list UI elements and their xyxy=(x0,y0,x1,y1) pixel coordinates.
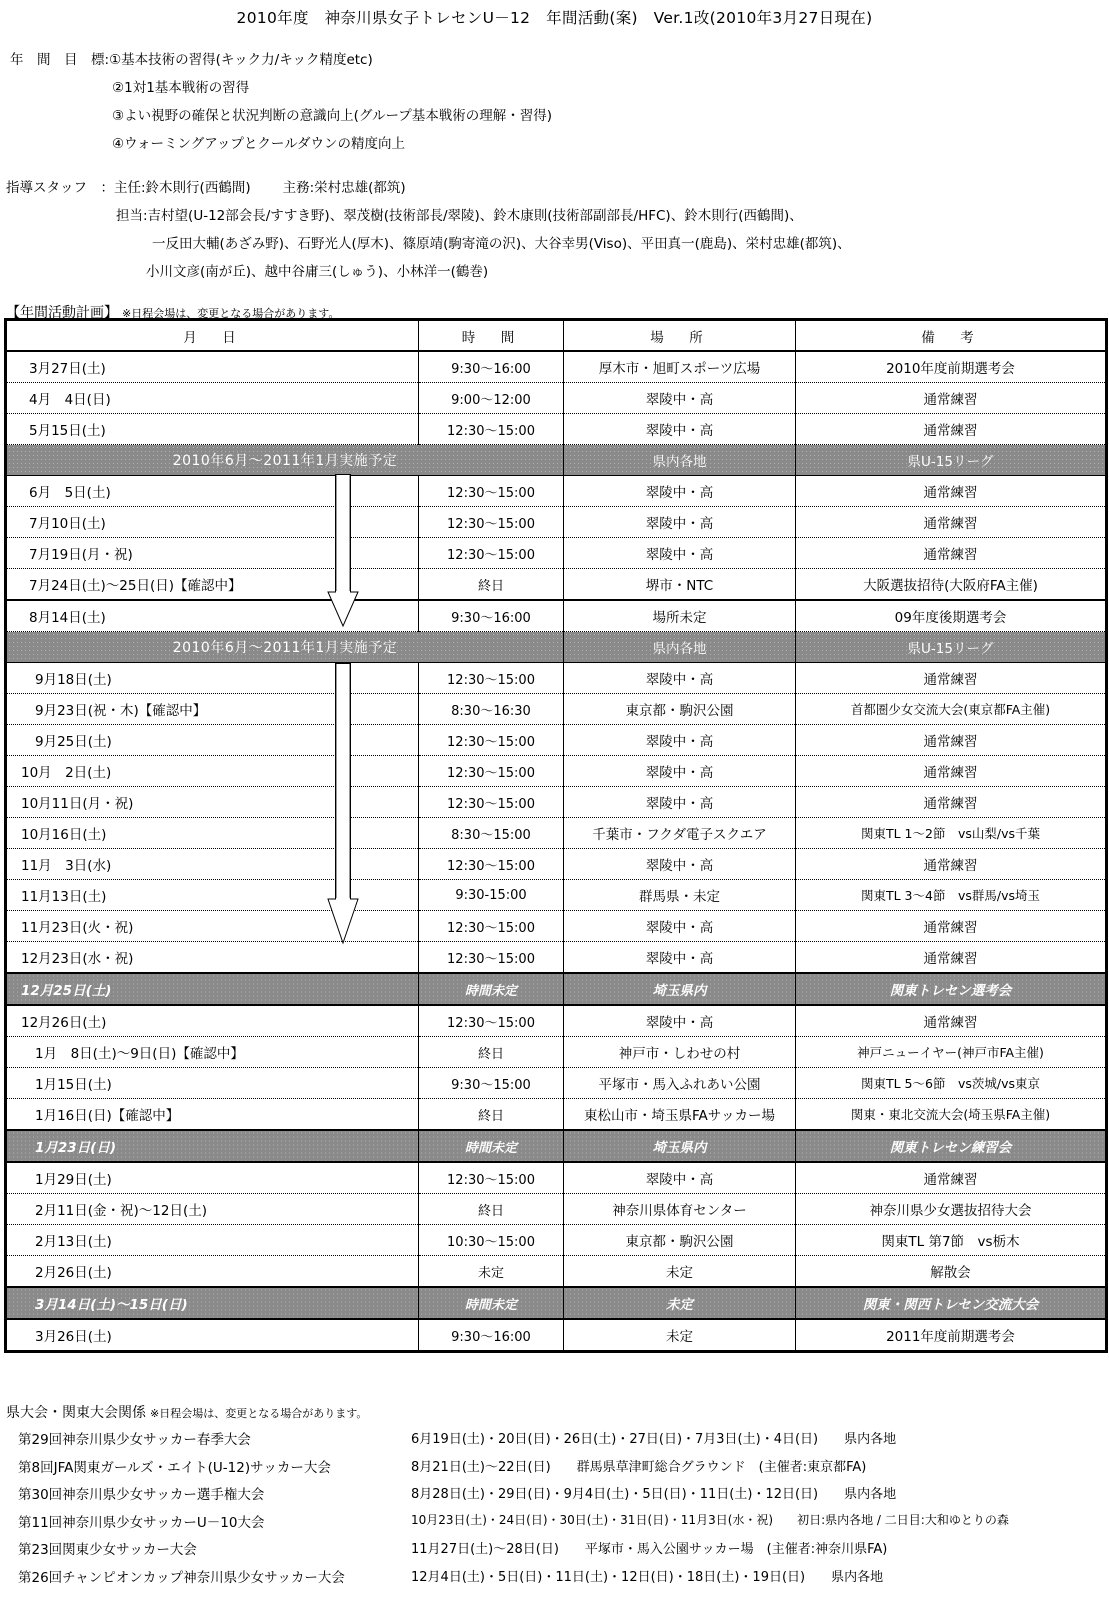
tournament-name: 第26回チャンピオンカップ神奈川県少女サッカー大会 xyxy=(18,1566,345,1586)
cell-note: 通常練習 xyxy=(796,476,1107,507)
tournament-name: 第8回JFA関東ガールズ・エイト(U-12)サッカー大会 xyxy=(18,1456,331,1476)
down-arrow-icon xyxy=(326,663,360,945)
cell-note: 神戸ニューイヤー(神戸市FA主催) xyxy=(796,1037,1107,1068)
goal-item: ②1対1基本戦術の習得 xyxy=(112,76,249,96)
cell-time: 12:30～15:00 xyxy=(419,507,564,538)
cell-time: 時間未定 xyxy=(419,1287,564,1319)
cell-time: 終日 xyxy=(419,569,564,601)
cell-place: 埼玉県内 xyxy=(564,1130,796,1162)
cell-time: 終日 xyxy=(419,1194,564,1225)
cell-note: 関東・東北交流大会(埼玉県FA主催) xyxy=(796,1099,1107,1131)
cell-place: 未定 xyxy=(564,1256,796,1288)
cell-note: 通常練習 xyxy=(796,1005,1107,1037)
cell-place: 厚木市・旭町スポーツ広場 xyxy=(564,351,796,383)
cell-time: 12:30～15:00 xyxy=(419,1005,564,1037)
cell-date: 12月26日(土) xyxy=(6,1005,419,1037)
cell-place: 埼玉県内 xyxy=(564,973,796,1005)
table-row: 1月15日(土)9:30～15:00平塚市・馬入ふれあい公園関東TL 5～6節 … xyxy=(6,1068,1107,1099)
cell-place: 県内各地 xyxy=(564,632,796,663)
cell-note: 関東・関西トレセン交流大会 xyxy=(796,1287,1107,1319)
cell-place: 翠陵中・高 xyxy=(564,1162,796,1194)
tournament-dates: 12月4日(土)・5日(日)・11日(土)・12日(日)・18日(土)・19日(… xyxy=(411,1566,883,1585)
cell-time: 9:00～12:00 xyxy=(419,383,564,414)
cell-date: 3月26日(土) xyxy=(6,1319,419,1352)
table-band-row: 3月14日(土)～15日(日)時間未定未定関東・関西トレセン交流大会 xyxy=(6,1287,1107,1319)
tournaments-note: ※日程会場は、変更となる場合があります。 xyxy=(150,1407,367,1420)
table-row: 11月23日(火・祝)12:30～15:00翠陵中・高通常練習 xyxy=(6,911,1107,942)
cell-note: 通常練習 xyxy=(796,538,1107,569)
staff-chief: 主任:鈴木則行(西鶴間) xyxy=(114,180,251,196)
table-row: 6月 5日(土)12:30～15:00翠陵中・高通常練習 xyxy=(6,476,1107,507)
cell-note: 通常練習 xyxy=(796,725,1107,756)
cell-place: 平塚市・馬入ふれあい公園 xyxy=(564,1068,796,1099)
table-band-row: 1月23日(日)時間未定埼玉県内関東トレセン練習会 xyxy=(6,1130,1107,1162)
staff-secretary: 主務:栄村忠雄(都筑) xyxy=(283,180,406,196)
cell-time: 12:30～15:00 xyxy=(419,663,564,694)
cell-time: 終日 xyxy=(419,1037,564,1068)
table-row: 10月16日(土)8:30～15:00千葉市・フクダ電子スクエア関東TL 1～2… xyxy=(6,818,1107,849)
document-title: 2010年度 神奈川県女子トレセンU－12 年間活動(案) Ver.1改(201… xyxy=(0,6,1109,28)
cell-place: 翠陵中・高 xyxy=(564,725,796,756)
cell-date: 4月 4日(日) xyxy=(6,383,419,414)
cell-date: 2月26日(土) xyxy=(6,1256,419,1288)
cell-note: 09年度後期選考会 xyxy=(796,600,1107,632)
goal-item: ④ウォーミングアップとクールダウンの精度向上 xyxy=(112,132,405,152)
cell-time: 12:30～15:00 xyxy=(419,476,564,507)
cell-note: 2010年度前期選考会 xyxy=(796,351,1107,383)
cell-time: 9:30～16:00 xyxy=(419,351,564,383)
cell-date: 12月25日(土) xyxy=(6,973,419,1005)
cell-date: 1月 8日(土)～9日(日)【確認中】 xyxy=(6,1037,419,1068)
cell-note: 関東TL 1～2節 vs山梨/vs千葉 xyxy=(796,818,1107,849)
cell-place: 堺市・NTC xyxy=(564,569,796,601)
cell-note: 通常練習 xyxy=(796,414,1107,445)
table-row: 9月23日(祝・木)【確認中】8:30～16:30東京都・駒沢公園首都圏少女交流… xyxy=(6,694,1107,725)
cell-note: 通常練習 xyxy=(796,1162,1107,1194)
cell-time: 終日 xyxy=(419,1099,564,1131)
cell-note: 通常練習 xyxy=(796,507,1107,538)
goal-item: ③よい視野の確保と状況判断の意識向上(グループ基本戦術の理解・習得) xyxy=(112,104,552,124)
cell-note: 大阪選抜招待(大阪府FA主催) xyxy=(796,569,1107,601)
cell-note: 関東TL 5～6節 vs茨城/vs東京 xyxy=(796,1068,1107,1099)
cell-note: 関東トレセン練習会 xyxy=(796,1130,1107,1162)
cell-time: 9:30～15:00 xyxy=(419,1068,564,1099)
table-row: 11月13日(土)9:30-15:00群馬県・未定関東TL 3～4節 vs群馬/… xyxy=(6,880,1107,911)
table-row: 3月27日(土)9:30～16:00厚木市・旭町スポーツ広場2010年度前期選考… xyxy=(6,351,1107,383)
cell-date: 2月11日(金・祝)～12日(土) xyxy=(6,1194,419,1225)
table-row: 3月26日(土)9:30～16:00未定2011年度前期選考会 xyxy=(6,1319,1107,1352)
cell-note: 通常練習 xyxy=(796,383,1107,414)
cell-date: 2月13日(土) xyxy=(6,1225,419,1256)
cell-note: 関東トレセン選考会 xyxy=(796,973,1107,1005)
cell-place: 翠陵中・高 xyxy=(564,507,796,538)
cell-time: 時間未定 xyxy=(419,1130,564,1162)
table-row: 10月11日(月・祝)12:30～15:00翠陵中・高通常練習 xyxy=(6,787,1107,818)
cell-date: 1月16日(日)【確認中】 xyxy=(6,1099,419,1131)
cell-place: 場所未定 xyxy=(564,600,796,632)
table-row: 8月14日(土)9:30～16:00場所未定09年度後期選考会 xyxy=(6,600,1107,632)
cell-time: 9:30-15:00 xyxy=(419,880,564,911)
table-row: 12月23日(水・祝)12:30～15:00翠陵中・高通常練習 xyxy=(6,942,1107,974)
cell-place: 翠陵中・高 xyxy=(564,538,796,569)
cell-time: 8:30～15:00 xyxy=(419,818,564,849)
column-header-date: 月 日 xyxy=(6,320,419,352)
column-header-time: 時 間 xyxy=(419,320,564,352)
cell-time: 12:30～15:00 xyxy=(419,942,564,974)
cell-place: 翠陵中・高 xyxy=(564,942,796,974)
cell-note: 通常練習 xyxy=(796,942,1107,974)
cell-place: 翠陵中・高 xyxy=(564,849,796,880)
cell-note: 神奈川県少女選抜招待大会 xyxy=(796,1194,1107,1225)
table-row: 1月29日(土)12:30～15:00翠陵中・高通常練習 xyxy=(6,1162,1107,1194)
table-row: 1月16日(日)【確認中】終日東松山市・埼玉県FAサッカー場関東・東北交流大会(… xyxy=(6,1099,1107,1131)
cell-date: 1月15日(土) xyxy=(6,1068,419,1099)
table-row: 2月26日(土)未定未定解散会 xyxy=(6,1256,1107,1288)
staff-members-line: 小川文彦(南が丘)、越中谷庸三(しゅう)、小林洋一(鶴巻) xyxy=(146,260,488,280)
cell-time: 12:30～15:00 xyxy=(419,787,564,818)
cell-date: 1月29日(土) xyxy=(6,1162,419,1194)
cell-time: 12:30～15:00 xyxy=(419,538,564,569)
column-header-note: 備 考 xyxy=(796,320,1107,352)
cell-time: 12:30～15:00 xyxy=(419,911,564,942)
table-row: 12月26日(土)12:30～15:00翠陵中・高通常練習 xyxy=(6,1005,1107,1037)
table-row: 1月 8日(土)～9日(日)【確認中】終日神戸市・しわせの村神戸ニューイヤー(神… xyxy=(6,1037,1107,1068)
cell-date: 1月23日(日) xyxy=(6,1130,419,1162)
cell-place: 千葉市・フクダ電子スクエア xyxy=(564,818,796,849)
cell-place: 翠陵中・高 xyxy=(564,787,796,818)
cell-place: 翠陵中・高 xyxy=(564,383,796,414)
down-arrow-icon xyxy=(326,474,360,628)
cell-note: 首都圏少女交流大会(東京都FA主催) xyxy=(796,694,1107,725)
cell-date: 5月15日(土) xyxy=(6,414,419,445)
cell-date: 2010年6月～2011年1月実施予定 xyxy=(6,632,564,663)
cell-place: 群馬県・未定 xyxy=(564,880,796,911)
cell-note: 関東TL 第7節 vs栃木 xyxy=(796,1225,1107,1256)
tournament-dates: 11月27日(土)～28日(日) 平塚市・馬入公園サッカー場 (主催者:神奈川県… xyxy=(411,1538,887,1557)
tournament-name: 第11回神奈川県少女サッカーU－10大会 xyxy=(18,1511,264,1531)
tournament-name: 第29回神奈川県少女サッカー春季大会 xyxy=(18,1428,251,1448)
table-row: 9月25日(土)12:30～15:00翠陵中・高通常練習 xyxy=(6,725,1107,756)
tournament-dates: 6月19日(土)・20日(日)・26日(土)・27日(日)・7月3日(土)・4日… xyxy=(411,1428,896,1447)
cell-time: 8:30～16:30 xyxy=(419,694,564,725)
table-row: 10月 2日(土)12:30～15:00翠陵中・高通常練習 xyxy=(6,756,1107,787)
column-header-place: 場 所 xyxy=(564,320,796,352)
tournament-dates: 10月23日(土)・24日(日)・30日(土)・31日(日)・11月3日(水・祝… xyxy=(411,1511,1009,1528)
cell-date: 12月23日(水・祝) xyxy=(6,942,419,974)
cell-time: 10:30～15:00 xyxy=(419,1225,564,1256)
cell-note: 通常練習 xyxy=(796,911,1107,942)
cell-time: 未定 xyxy=(419,1256,564,1288)
staff-members-line: 一反田大輔(あざみ野)、石野光人(厚木)、篠原靖(駒寄滝の沢)、大谷幸男(Vis… xyxy=(152,232,851,252)
table-row: 4月 4日(日)9:00～12:00翠陵中・高通常練習 xyxy=(6,383,1107,414)
cell-note: 通常練習 xyxy=(796,787,1107,818)
cell-place: 未定 xyxy=(564,1287,796,1319)
cell-note: 通常練習 xyxy=(796,756,1107,787)
cell-note: 解散会 xyxy=(796,1256,1107,1288)
cell-note: 関東TL 3～4節 vs群馬/vs埼玉 xyxy=(796,880,1107,911)
cell-place: 翠陵中・高 xyxy=(564,476,796,507)
cell-place: 翠陵中・高 xyxy=(564,911,796,942)
cell-place: 翠陵中・高 xyxy=(564,1005,796,1037)
cell-place: 神奈川県体育センター xyxy=(564,1194,796,1225)
table-band-row: 12月25日(土)時間未定埼玉県内関東トレセン選考会 xyxy=(6,973,1107,1005)
cell-place: 県内各地 xyxy=(564,445,796,476)
cell-place: 東松山市・埼玉県FAサッカー場 xyxy=(564,1099,796,1131)
tournament-dates: 8月21日(土)～22日(日) 群馬県草津町総合グラウンド (主催者:東京都FA… xyxy=(411,1456,866,1475)
table-band-row: 2010年6月～2011年1月実施予定県内各地県U-15リーグ xyxy=(6,632,1107,663)
table-row: 7月19日(月・祝)12:30～15:00翠陵中・高通常練習 xyxy=(6,538,1107,569)
cell-date: 2010年6月～2011年1月実施予定 xyxy=(6,445,564,476)
annual-plan-table: 月 日 時 間 場 所 備 考 3月27日(土)9:30～16:00厚木市・旭町… xyxy=(4,318,1108,1353)
cell-note: 県U-15リーグ xyxy=(796,632,1107,663)
cell-time: 12:30～15:00 xyxy=(419,849,564,880)
tournament-dates: 8月28日(土)・29日(日)・9月4日(土)・5日(日)・11日(土)・12日… xyxy=(411,1483,896,1502)
cell-place: 未定 xyxy=(564,1319,796,1352)
table-row: 2月11日(金・祝)～12日(土)終日神奈川県体育センター神奈川県少女選抜招待大… xyxy=(6,1194,1107,1225)
cell-note: 通常練習 xyxy=(796,849,1107,880)
cell-time: 12:30～15:00 xyxy=(419,756,564,787)
table-row: 2月13日(土)10:30～15:00東京都・駒沢公園関東TL 第7節 vs栃木 xyxy=(6,1225,1107,1256)
cell-time: 9:30～16:00 xyxy=(419,1319,564,1352)
cell-time: 時間未定 xyxy=(419,973,564,1005)
table-row: 7月10日(土)12:30～15:00翠陵中・高通常練習 xyxy=(6,507,1107,538)
cell-place: 翠陵中・高 xyxy=(564,414,796,445)
table-row: 5月15日(土)12:30～15:00翠陵中・高通常練習 xyxy=(6,414,1107,445)
cell-time: 9:30～16:00 xyxy=(419,600,564,632)
cell-place: 翠陵中・高 xyxy=(564,756,796,787)
table-header-row: 月 日 時 間 場 所 備 考 xyxy=(6,320,1107,352)
table-row: 7月24日(土)～25日(日)【確認中】終日堺市・NTC大阪選抜招待(大阪府FA… xyxy=(6,569,1107,601)
table-row: 11月 3日(水)12:30～15:00翠陵中・高通常練習 xyxy=(6,849,1107,880)
goals-label: 年 間 目 標:①基本技術の習得(キック力/キック精度etc) xyxy=(10,48,373,68)
cell-place: 東京都・駒沢公園 xyxy=(564,694,796,725)
cell-date: 3月14日(土)～15日(日) xyxy=(6,1287,419,1319)
staff-members-line: 担当:吉村望(U-12部会長/すすき野)、翠茂樹(技術部長/翠陵)、鈴木康則(技… xyxy=(116,204,803,224)
tournaments-heading: 県大会・関東大会関係※日程会場は、変更となる場合があります。 xyxy=(6,1402,367,1422)
cell-note: 通常練習 xyxy=(796,663,1107,694)
cell-place: 東京都・駒沢公園 xyxy=(564,1225,796,1256)
cell-note: 県U-15リーグ xyxy=(796,445,1107,476)
cell-place: 翠陵中・高 xyxy=(564,663,796,694)
cell-note: 2011年度前期選考会 xyxy=(796,1319,1107,1352)
cell-place: 神戸市・しわせの村 xyxy=(564,1037,796,1068)
tournament-name: 第30回神奈川県少女サッカー選手権大会 xyxy=(18,1483,264,1503)
tournament-name: 第23回関東少女サッカー大会 xyxy=(18,1538,197,1558)
cell-time: 12:30～15:00 xyxy=(419,725,564,756)
cell-date: 3月27日(土) xyxy=(6,351,419,383)
cell-time: 12:30～15:00 xyxy=(419,414,564,445)
table-band-row: 2010年6月～2011年1月実施予定県内各地県U-15リーグ xyxy=(6,445,1107,476)
table-row: 9月18日(土)12:30～15:00翠陵中・高通常練習 xyxy=(6,663,1107,694)
cell-time: 12:30～15:00 xyxy=(419,1162,564,1194)
staff-header: 指導スタッフ ：主任:鈴木則行(西鶴間)主務:栄村忠雄(都筑) xyxy=(6,176,406,196)
